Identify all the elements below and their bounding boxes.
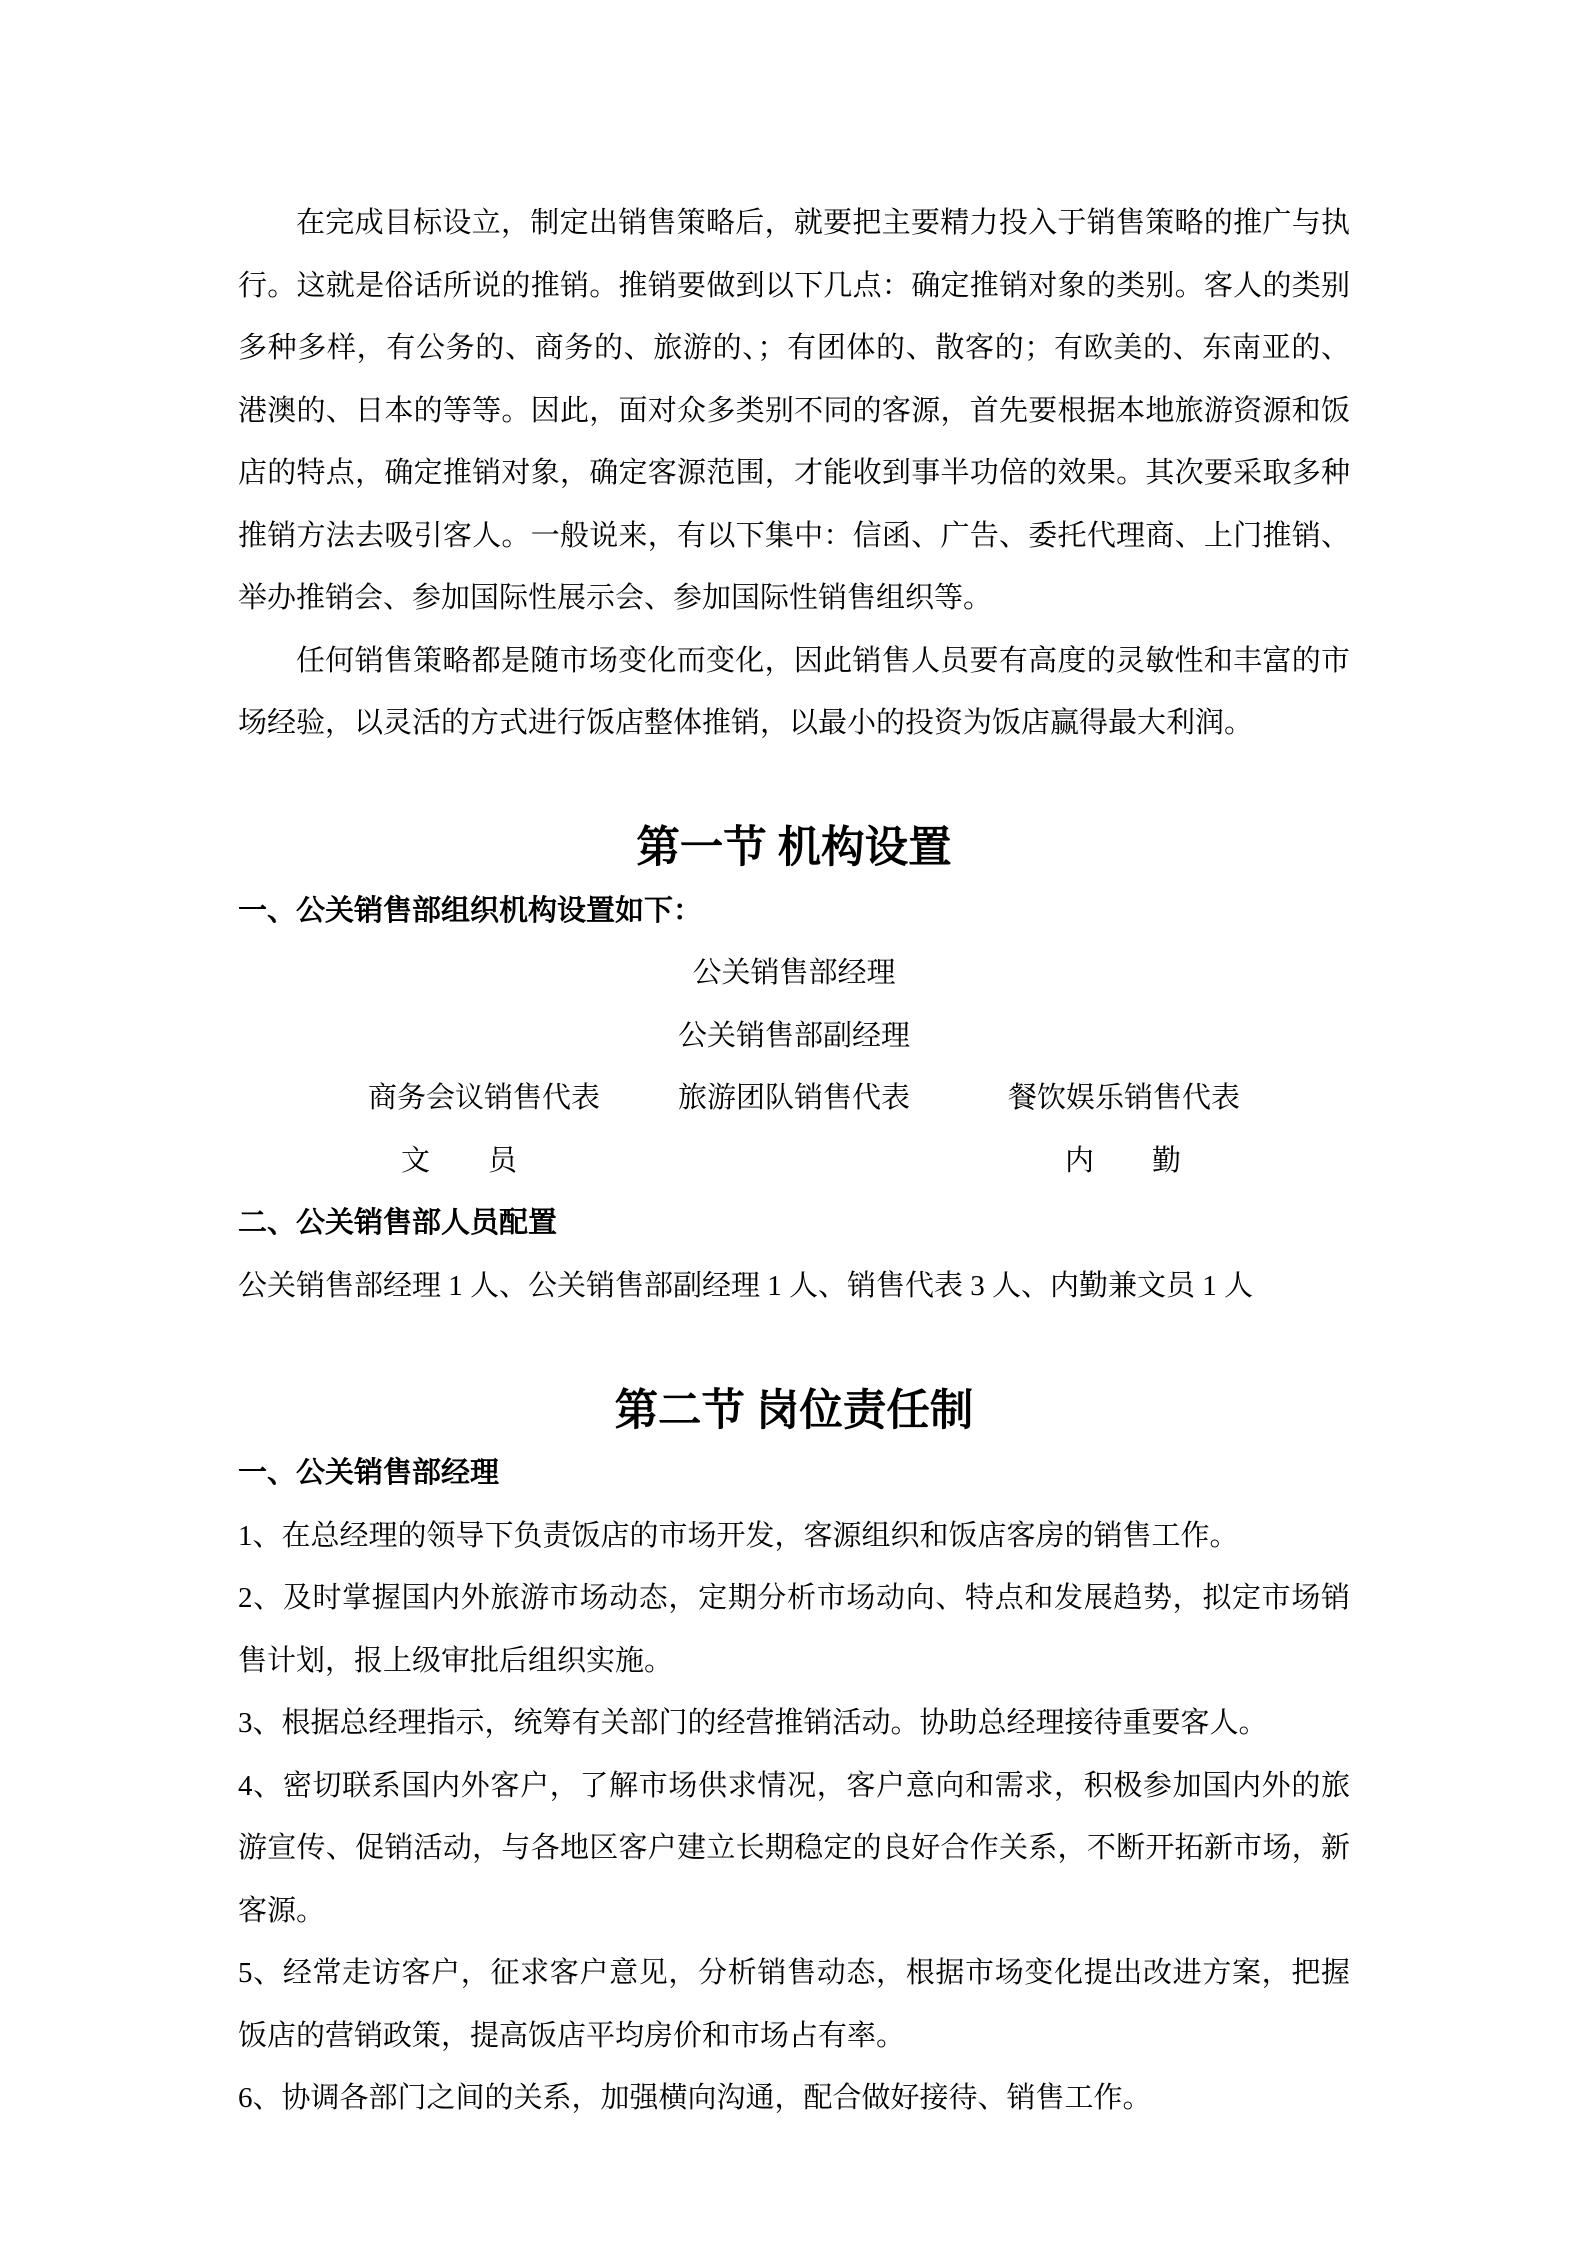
intro-paragraph-1: 在完成目标设立，制定出销售策略后，就要把主要精力投入于销售策略的推广与执行。这就… [238, 192, 1350, 630]
org-chart-manager: 公关销售部经理 [238, 942, 1350, 1005]
section-2-title: 第二节 岗位责任制 [238, 1380, 1350, 1443]
duty-item-1: 1、在总经理的领导下负责饭店的市场开发，客源组织和饭店客房的销售工作。 [238, 1505, 1350, 1568]
duty-item-3: 3、根据总经理指示，统筹有关部门的经营推销活动。协助总经理接待重要客人。 [238, 1692, 1350, 1755]
duty-item-4: 4、密切联系国内外客户，了解市场供求情况，客户意向和需求，积极参加国内外的旅游宣… [238, 1755, 1350, 1943]
intro-paragraph-2: 任何销售策略都是随市场变化而变化，因此销售人员要有高度的灵敏性和丰富的市场经验，… [238, 630, 1350, 755]
org-chart-rep-dining: 餐饮娱乐销售代表 [1008, 1067, 1240, 1130]
org-chart-support-row: 文 员 内 勤 [238, 1130, 1350, 1193]
section-1-subheading-1: 一、公关销售部组织机构设置如下： [238, 880, 1350, 943]
org-chart-rep-tour: 旅游团队销售代表 [678, 1067, 910, 1130]
staffing-line: 公关销售部经理 1 人、公关销售部副经理 1 人、销售代表 3 人、内勤兼文员 … [238, 1255, 1350, 1318]
blank-line [238, 1317, 1350, 1380]
org-chart-clerk: 文 员 [401, 1130, 517, 1193]
duty-item-5: 5、经常走访客户，征求客户意见，分析销售动态，根据市场变化提出改进方案，把握饭店… [238, 1942, 1350, 2067]
org-chart-deputy-manager: 公关销售部副经理 [238, 1005, 1350, 1068]
blank-line [238, 755, 1350, 818]
org-chart-rep-business: 商务会议销售代表 [368, 1067, 600, 1130]
org-chart-reps-row: 商务会议销售代表 旅游团队销售代表 餐饮娱乐销售代表 [238, 1067, 1350, 1130]
section-1-subheading-2: 二、公关销售部人员配置 [238, 1192, 1350, 1255]
section-1-title: 第一节 机构设置 [238, 817, 1350, 880]
duty-item-2: 2、及时掌握国内外旅游市场动态，定期分析市场动向、特点和发展趋势，拟定市场销售计… [238, 1567, 1350, 1692]
section-2-subheading-1: 一、公关销售部经理 [238, 1442, 1350, 1505]
document-page: 在完成目标设立，制定出销售策略后，就要把主要精力投入于销售策略的推广与执行。这就… [238, 192, 1350, 2130]
org-chart-office-staff: 内 勤 [1065, 1130, 1181, 1193]
duty-item-6: 6、协调各部门之间的关系，加强横向沟通，配合做好接待、销售工作。 [238, 2067, 1350, 2130]
